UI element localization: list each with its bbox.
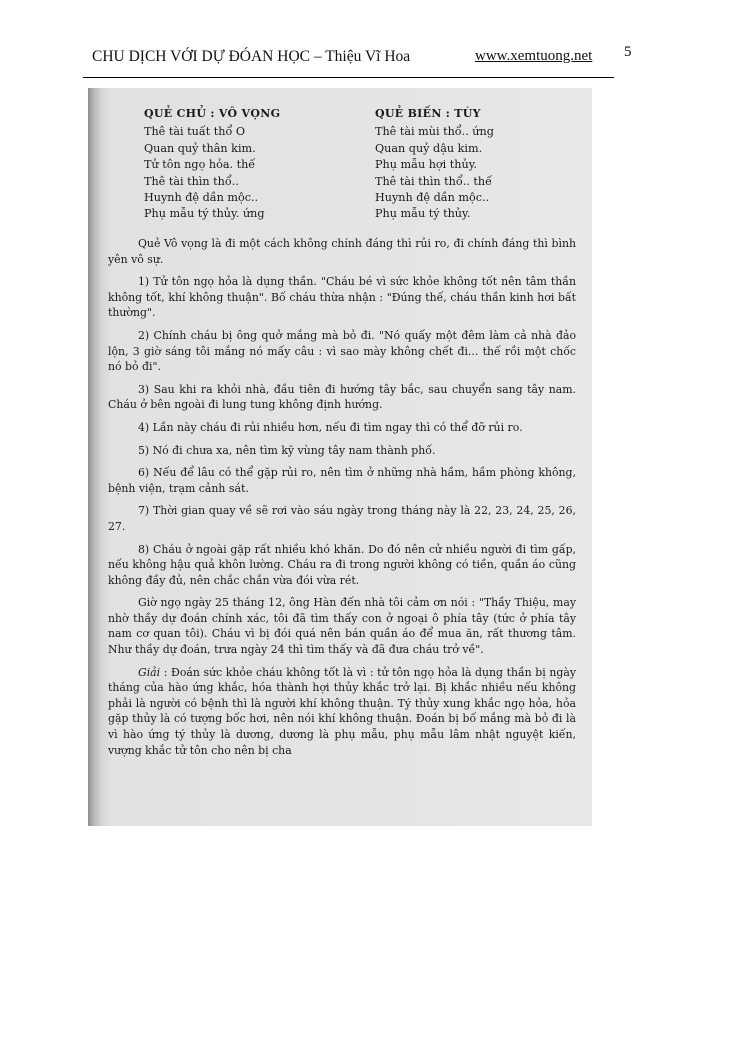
changed-hexagram: QUẺ BIẾN : TÙY Thê tài mùi thổ.. ứng Qua…: [375, 106, 494, 223]
hexagram-line: Tử tôn ngọ hỏa. thế: [144, 157, 280, 173]
page-header: CHU DỊCH VỚI DỰ ĐÓAN HỌC – Thiệu Vĩ Hoa …: [88, 44, 618, 72]
hexagram-line: Quan quỷ thân kim.: [144, 141, 280, 157]
main-hexagram-heading: QUẺ CHỦ : VÔ VỌNG: [144, 106, 280, 122]
hexagram-line: Huynh đệ dần mộc..: [375, 190, 494, 206]
explanation-label: Giải: [138, 666, 160, 679]
hexagram-line: Thê tài thìn thổ.. thế: [375, 174, 494, 190]
explanation-paragraph: Giải : Đoán sức khỏe cháu không tốt là v…: [108, 665, 576, 759]
paragraph: Giờ ngọ ngày 25 tháng 12, ông Hàn đến nh…: [108, 595, 576, 657]
book-title: CHU DỊCH VỚI DỰ ĐÓAN HỌC – Thiệu Vĩ Hoa: [92, 48, 410, 66]
hexagram-line: Thê tài mùi thổ.. ứng: [375, 124, 494, 140]
paragraph: 2) Chính cháu bị ông quở mắng mà bỏ đi. …: [108, 328, 576, 375]
header-divider: [83, 77, 614, 78]
hexagram-line: Huynh đệ dần mộc..: [144, 190, 280, 206]
scanned-page-image: QUẺ CHỦ : VÔ VỌNG Thê tài tuất thổ O Qua…: [88, 88, 592, 826]
paragraph: 6) Nếu để lâu có thể gặp rủi ro, nên tìm…: [108, 465, 576, 496]
paragraph: 4) Lần này cháu đi rủi nhiều hơn, nếu đi…: [108, 420, 576, 436]
paragraph: 7) Thời gian quay về sẽ rơi vào sáu ngày…: [108, 503, 576, 534]
main-hexagram: QUẺ CHỦ : VÔ VỌNG Thê tài tuất thổ O Qua…: [144, 106, 280, 223]
hexagram-line: Phụ mẫu tý thủy.: [375, 206, 494, 222]
body-text: Quẻ Vô vọng là đi một cách không chính đ…: [108, 236, 576, 765]
explanation-text: : Đoán sức khỏe cháu không tốt là vì : t…: [108, 666, 576, 757]
hexagram-line: Phụ mẫu tý thủy. ứng: [144, 206, 280, 222]
hexagram-line: Thê tài tuất thổ O: [144, 124, 280, 140]
hexagram-line: Thê tài thìn thổ..: [144, 174, 280, 190]
paragraph: Quẻ Vô vọng là đi một cách không chính đ…: [108, 236, 576, 267]
paragraph: 1) Tử tôn ngọ hỏa là dụng thần. "Cháu bé…: [108, 274, 576, 321]
hexagram-line: Phụ mẫu hợi thủy.: [375, 157, 494, 173]
paragraph: 5) Nó đi chưa xa, nên tìm kỹ vùng tây na…: [108, 443, 576, 459]
paragraph: 8) Cháu ở ngoài gặp rất nhiều khó khăn. …: [108, 542, 576, 589]
page-number: 5: [624, 44, 632, 61]
paragraph: 3) Sau khi ra khỏi nhà, đầu tiên đi hướn…: [108, 382, 576, 413]
changed-hexagram-heading: QUẺ BIẾN : TÙY: [375, 106, 494, 122]
hexagram-line: Quan quỷ dậu kim.: [375, 141, 494, 157]
website-link[interactable]: www.xemtuong.net: [475, 48, 592, 65]
